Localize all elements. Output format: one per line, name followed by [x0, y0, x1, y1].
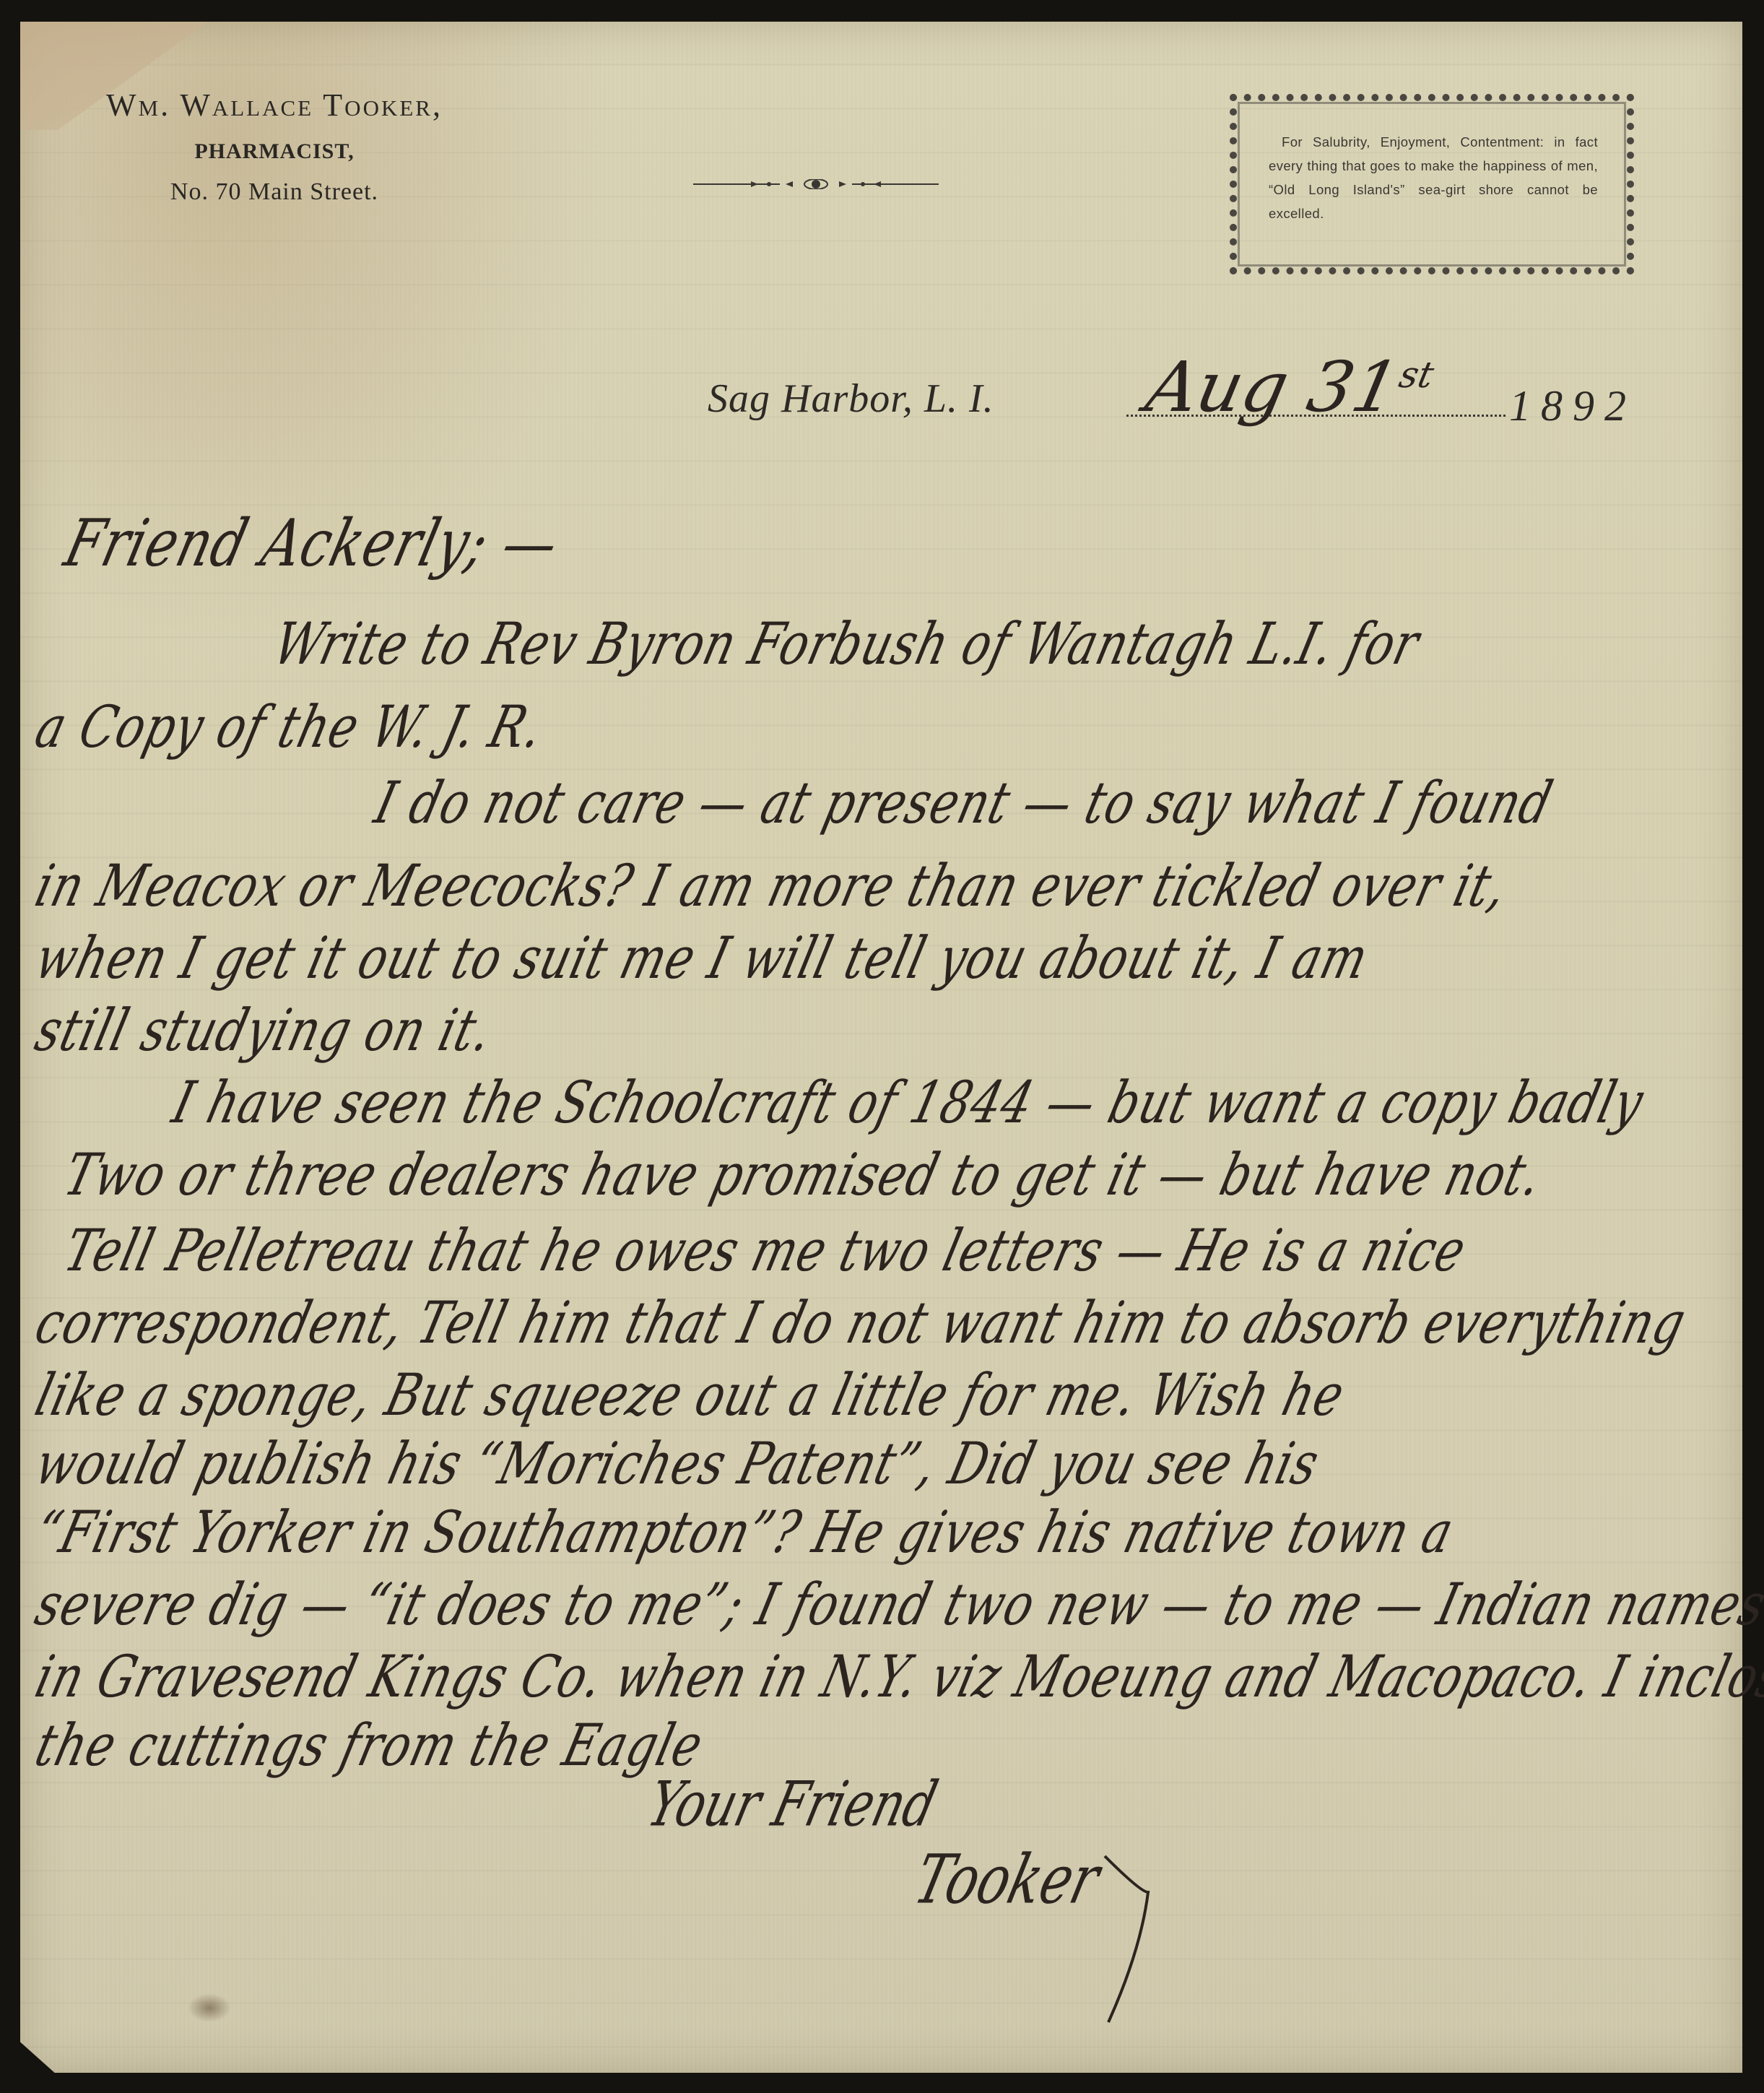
- closing: Your Friend: [641, 1768, 944, 1840]
- letter-line: in Gravesend Kings Co. when in N.Y. viz …: [29, 1644, 1764, 1712]
- letter-line: in Meacox or Meecocks? I am more than ev…: [29, 854, 1514, 921]
- dateline-date: Aug 31st: [1139, 347, 1439, 428]
- letter-line: Two or three dealers have promised to ge…: [58, 1143, 1549, 1210]
- ink-stain: [188, 1993, 231, 2022]
- promotional-text: For Salubrity, Enjoyment, Contentment: i…: [1269, 130, 1598, 225]
- letter-line: Write to Rev Byron Forbush of Wantagh L.…: [267, 612, 1426, 679]
- letter-line: “First Yorker in Southampton”? He gives …: [29, 1500, 1460, 1567]
- promotional-box: For Salubrity, Enjoyment, Contentment: i…: [1230, 94, 1634, 274]
- letter-line: Tell Pelletreau that he owes me two lett…: [58, 1218, 1472, 1286]
- salutation: Friend Ackerly; —: [58, 505, 566, 581]
- letter-line: severe dig — “it does to me”; I found tw…: [29, 1572, 1764, 1639]
- letterhead-title: PHARMACIST,: [51, 139, 498, 164]
- letter-line: a Copy of the W. J. R.: [29, 695, 549, 762]
- dateline-place: Sag Harbor, L. I.: [708, 376, 994, 422]
- signature: Tooker: [907, 1839, 1107, 1918]
- letterhead: Wm. Wallace Tooker, PHARMACIST, No. 70 M…: [51, 87, 498, 206]
- letter-line: like a sponge, But squeeze out a little …: [29, 1363, 1351, 1430]
- letter-line: correspondent, Tell him that I do not wa…: [29, 1291, 1693, 1358]
- date-day: Aug 31: [1139, 347, 1406, 428]
- signature-flourish-icon: [1098, 1849, 1163, 2029]
- dateline-year: 1892: [1509, 381, 1636, 431]
- letter-line: the cuttings from the Eagle: [29, 1713, 710, 1780]
- letterhead-address: No. 70 Main Street.: [51, 178, 498, 206]
- letter-line: when I get it out to suit me I will tell…: [29, 926, 1375, 993]
- letter-line: I do not care — at present — to say what…: [368, 771, 1559, 838]
- letter-line: would publish his “Moriches Patent”, Did…: [29, 1431, 1326, 1499]
- letter-line: I have seen the Schoolcraft of 1844 — bu…: [166, 1070, 1650, 1137]
- letterhead-name: Wm. Wallace Tooker,: [51, 87, 498, 123]
- ornamental-divider-icon: [693, 179, 939, 189]
- letter-line: still studying on it.: [29, 998, 499, 1065]
- dateline: Sag Harbor, L. I. Aug 31st 1892: [708, 347, 1719, 455]
